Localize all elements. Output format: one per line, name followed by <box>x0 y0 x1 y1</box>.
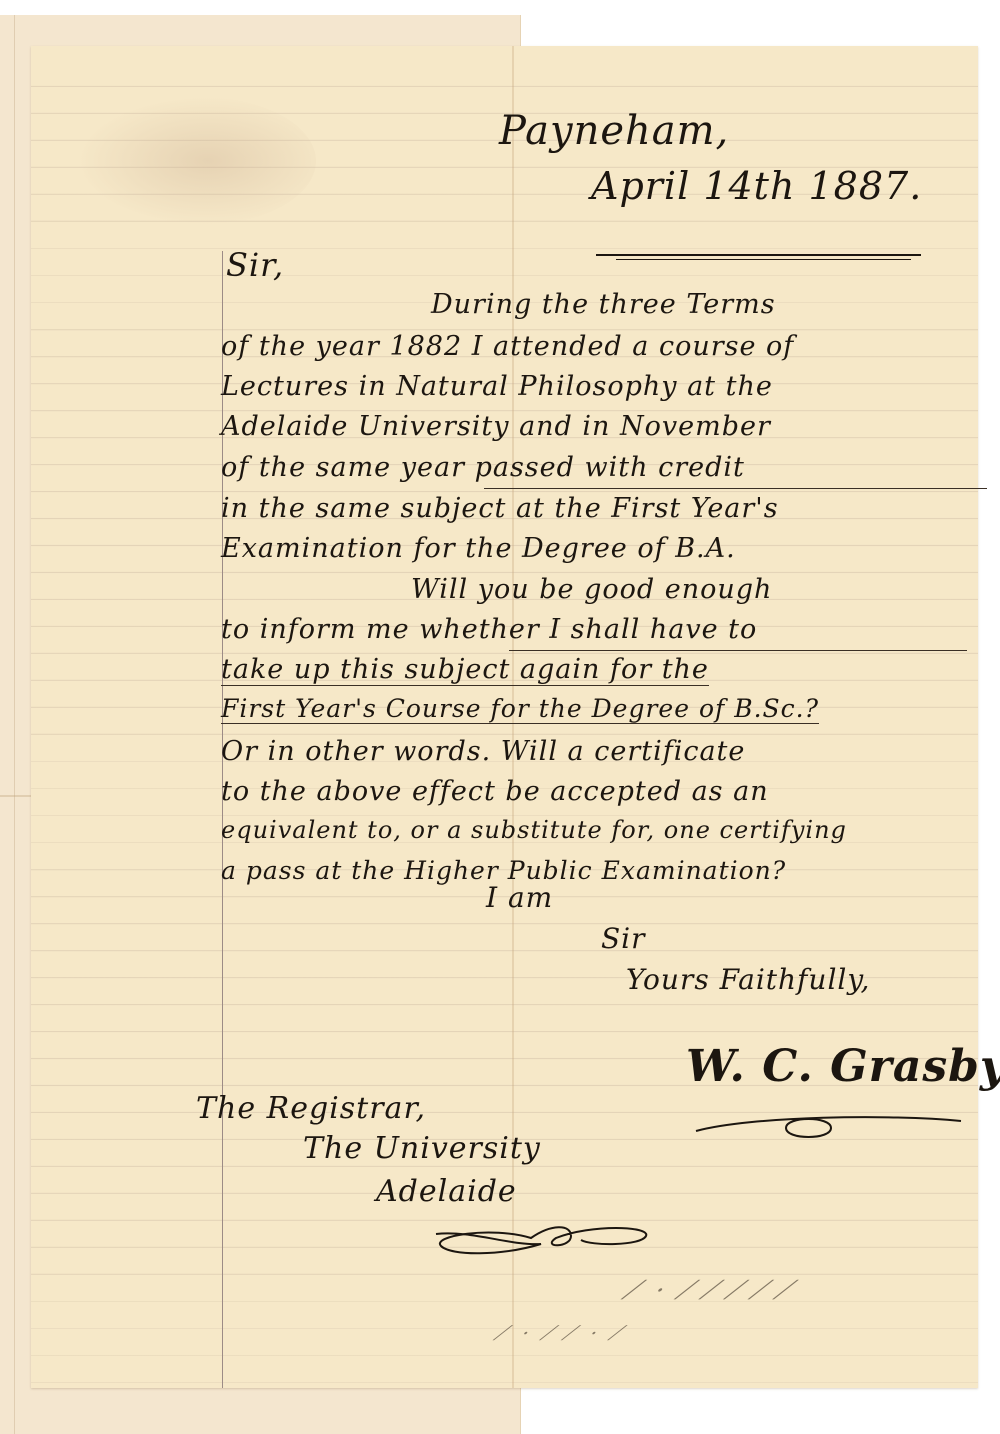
ink-offset-marks: ⁄ · ⁄ ⁄ ⁄ ⁄ ⁄ <box>624 1276 800 1306</box>
body-line: Examination for the Degree of B.A. <box>221 533 736 564</box>
body-line: in the same subject at the First Year's <box>221 493 779 524</box>
date-underline <box>596 254 921 256</box>
letter-place: Payneham, <box>499 108 729 154</box>
body-line: of the same year passed with credit <box>221 452 745 483</box>
body-line: take up this subject again for the <box>221 654 709 686</box>
signature: W. C. Grasby <box>686 1041 1000 1092</box>
underline-passed-with-credit <box>484 488 987 489</box>
recipient-registrar: The Registrar, <box>196 1091 426 1126</box>
body-line: Or in other words. Will a certificate <box>221 736 745 767</box>
signature-flourish <box>691 1106 971 1146</box>
body-line: equivalent to, or a substitute for, one … <box>221 816 847 844</box>
closing-i-am: I am <box>486 881 553 914</box>
body-line: First Year's Course for the Degree of B.… <box>221 694 819 724</box>
ink-offset-marks: ⁄ · ⁄ ⁄ · ⁄ <box>495 1321 630 1345</box>
closing-yours-faithfully: Yours Faithfully, <box>626 963 870 996</box>
address-flourish <box>431 1216 661 1266</box>
letter-sheet: Payneham, April 14th 1887. Sir, During t… <box>31 46 978 1388</box>
recipient-city: Adelaide <box>376 1174 517 1209</box>
salutation: Sir, <box>226 246 284 284</box>
date-underline-2 <box>616 259 911 260</box>
body-line: Adelaide University and in November <box>221 411 771 442</box>
underline-whether <box>509 650 967 651</box>
body-line: Lectures in Natural Philosophy at the <box>221 371 773 402</box>
letter-date: April 14th 1887. <box>591 164 922 208</box>
body-line: Will you be good enough <box>411 574 772 605</box>
body-line: to inform me whether I shall have to <box>221 614 757 645</box>
back-sheet-edge <box>14 15 15 1434</box>
water-stain <box>76 96 316 226</box>
body-line: to the above effect be accepted as an <box>221 776 769 807</box>
body-line: of the year 1882 I attended a course of <box>221 331 794 362</box>
recipient-university: The University <box>303 1131 541 1166</box>
body-line: During the three Terms <box>431 289 776 320</box>
closing-sir: Sir <box>601 922 646 955</box>
